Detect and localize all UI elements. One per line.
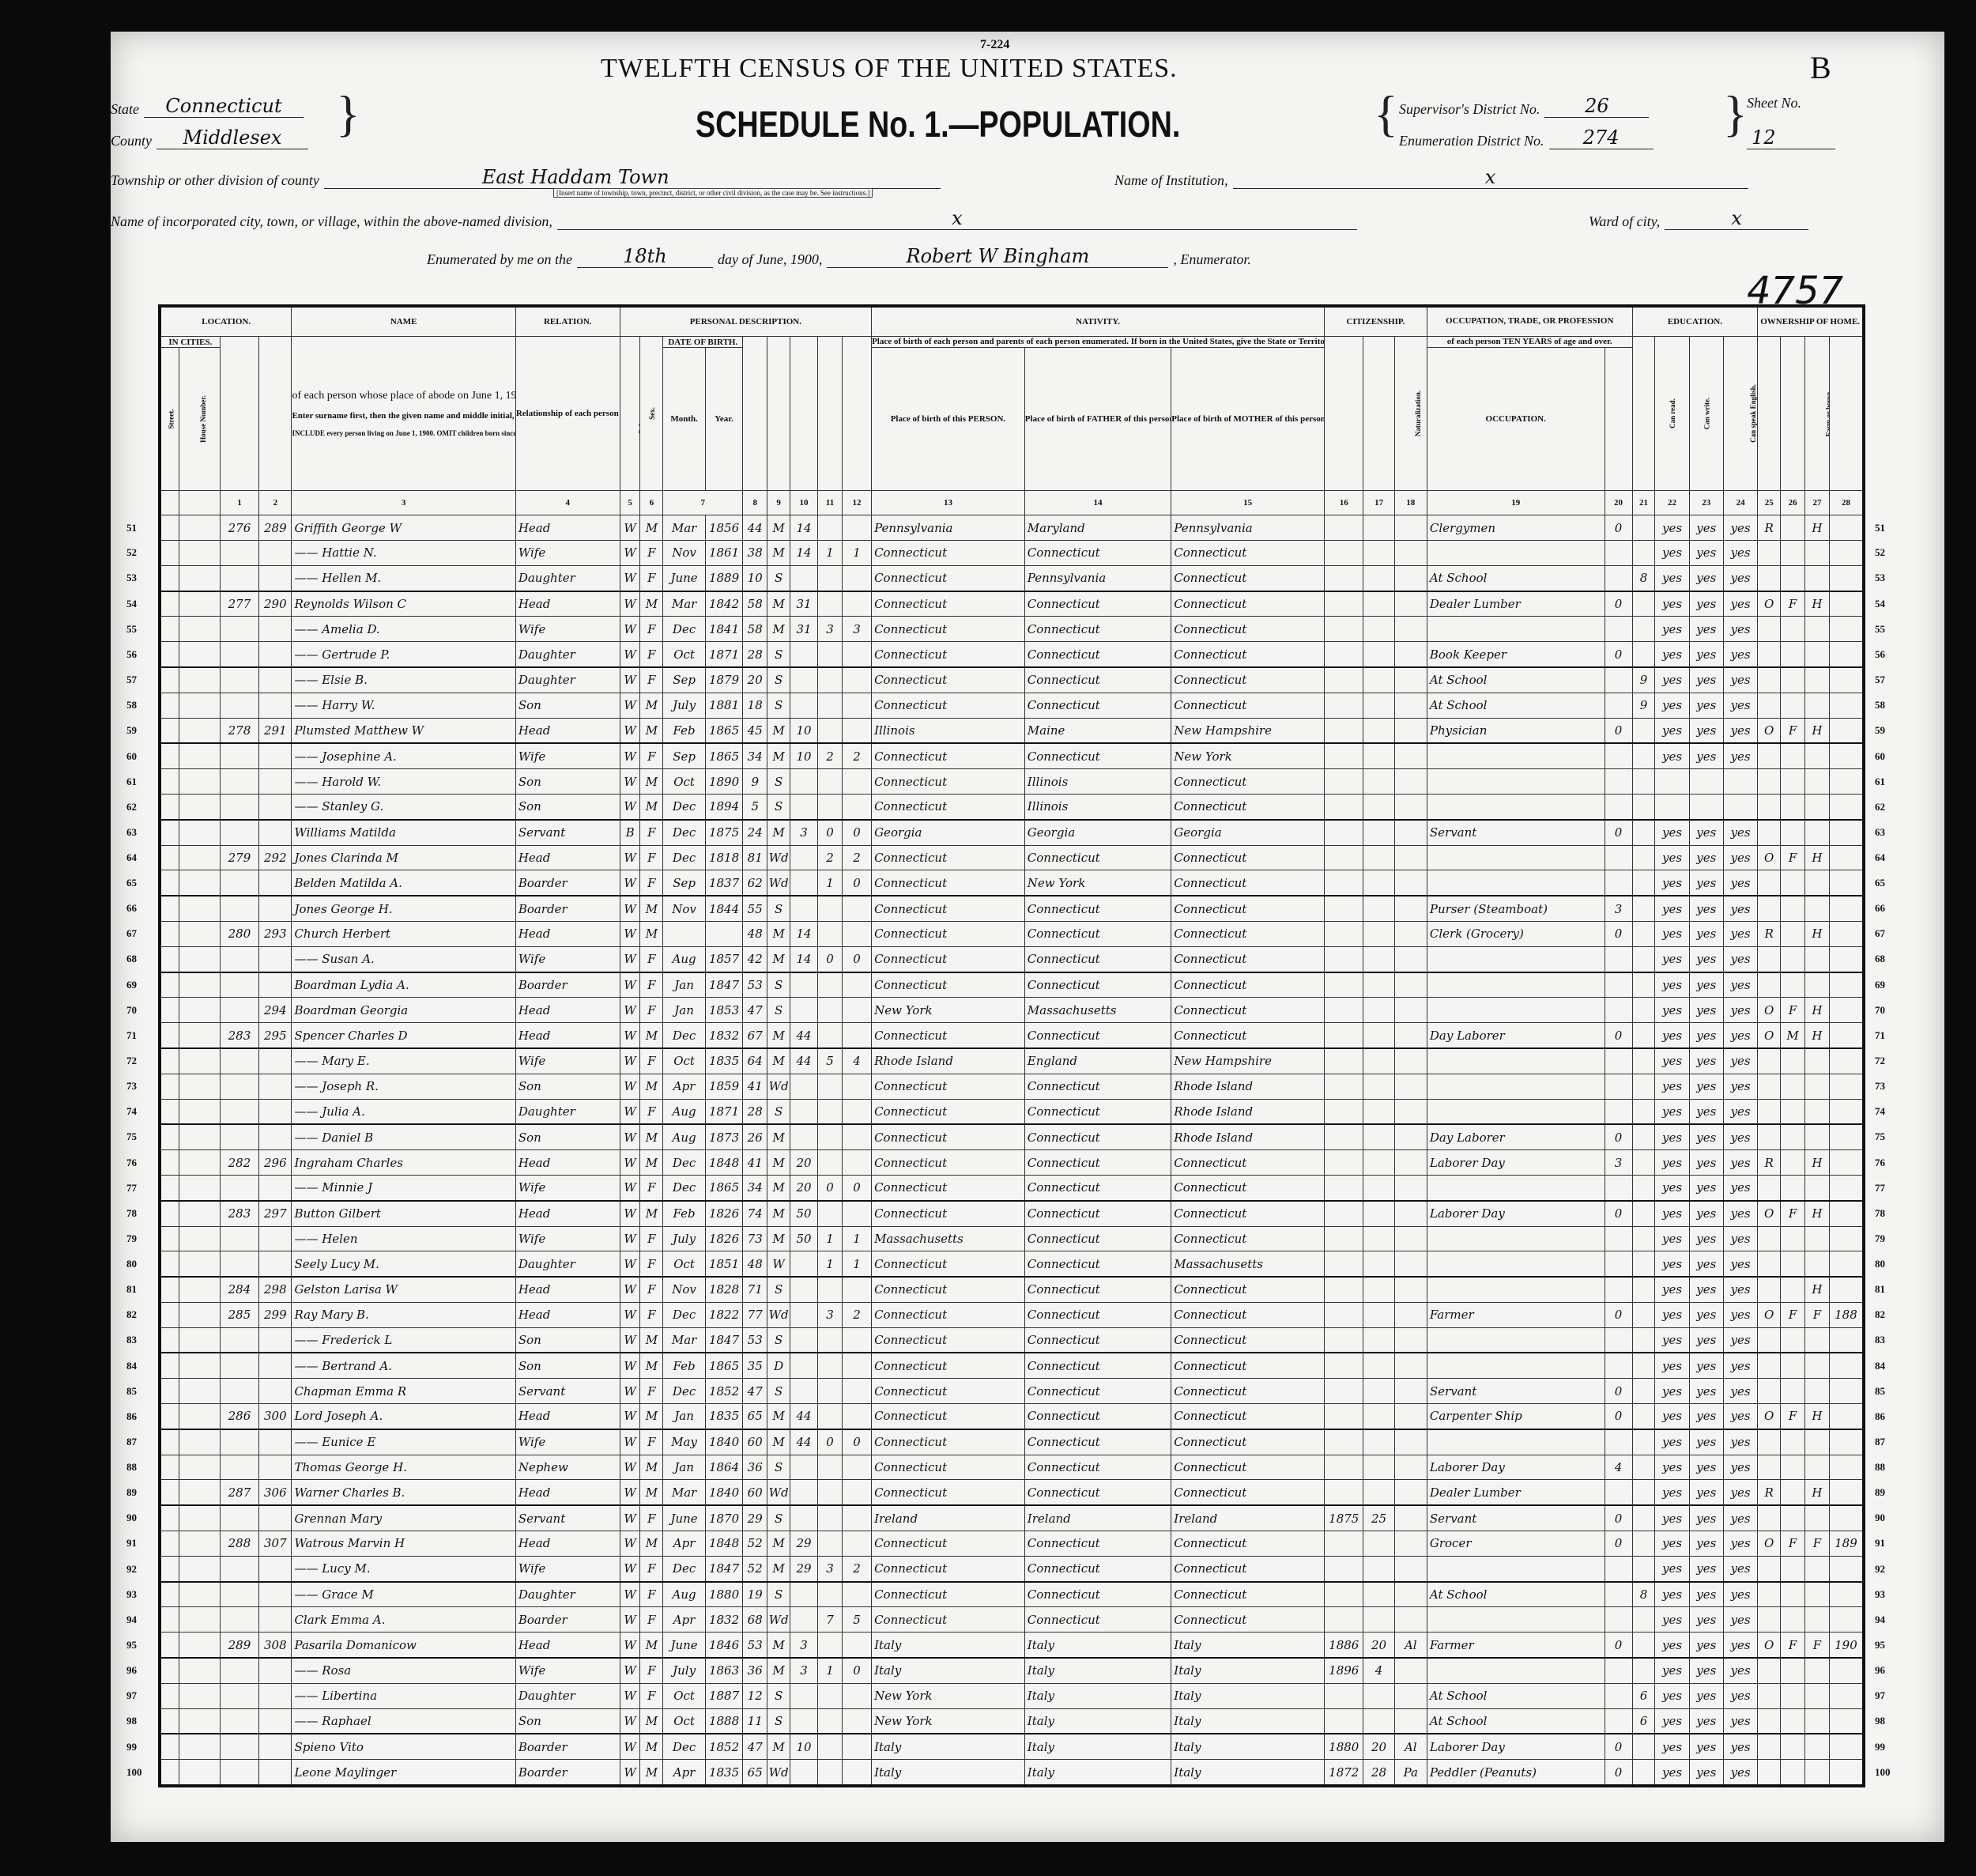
marital-status: S <box>767 1708 790 1734</box>
sex: M <box>640 794 663 819</box>
farm-house <box>1805 1379 1830 1404</box>
occupation <box>1427 617 1605 642</box>
naturalization <box>1394 998 1427 1023</box>
color: W <box>620 972 640 998</box>
attended-school <box>1632 1480 1655 1505</box>
group-personal: PERSONAL DESCRIPTION. <box>620 306 871 337</box>
person-name: Leone Maylinger <box>292 1760 515 1786</box>
marital-status: Wd <box>767 845 790 870</box>
marital-status: M <box>767 540 790 565</box>
street <box>160 845 179 870</box>
age: 28 <box>743 642 767 667</box>
birthplace-mother: Connecticut <box>1171 972 1325 998</box>
can-write: yes <box>1689 1353 1723 1378</box>
family-number <box>259 1683 292 1708</box>
person-name: Clark Emma A. <box>292 1607 515 1633</box>
color: W <box>620 1556 640 1581</box>
line-number: 93 <box>1875 1588 1885 1601</box>
sex: F <box>640 1556 663 1581</box>
sheet-letter: B <box>1810 49 1831 86</box>
col-years-married: Number of years married. <box>790 337 818 491</box>
can-speak-english: yes <box>1723 1429 1757 1455</box>
occupation: At School <box>1427 1683 1605 1708</box>
sex: F <box>640 1302 663 1327</box>
marital-status: Wd <box>767 870 790 896</box>
naturalization: Pa <box>1394 1760 1427 1786</box>
marital-status: S <box>767 1455 790 1480</box>
age: 28 <box>743 1099 767 1124</box>
can-write: yes <box>1689 1251 1723 1277</box>
line-number: 72 <box>1875 1055 1885 1067</box>
sex: F <box>640 820 663 845</box>
owned-free: F <box>1781 1404 1805 1429</box>
brace-left: } <box>336 89 360 139</box>
owned-rented <box>1758 1277 1781 1302</box>
family-number: 299 <box>259 1302 292 1327</box>
line-number: 78 <box>126 1207 137 1220</box>
immigration-year <box>1325 845 1363 870</box>
birth-year: 1865 <box>705 1175 742 1200</box>
birthplace-father: Connecticut <box>1024 1099 1171 1124</box>
line-number: 51 <box>1875 522 1885 534</box>
sex: F <box>640 540 663 565</box>
attended-school <box>1632 1023 1655 1048</box>
naturalization <box>1394 1023 1427 1048</box>
relation: Boarder <box>515 1760 620 1786</box>
birthplace-mother: Connecticut <box>1171 1404 1325 1429</box>
birthplace-mother: Connecticut <box>1171 693 1325 718</box>
birthplace-person: Connecticut <box>872 591 1025 617</box>
sex: F <box>640 1277 663 1302</box>
years-in-us <box>1363 1201 1394 1226</box>
farm-schedule <box>1829 1455 1864 1480</box>
city-field: Name of incorporated city, town, or vill… <box>111 207 1357 230</box>
birthplace-person: Connecticut <box>872 1327 1025 1353</box>
owned-rented <box>1758 1251 1781 1277</box>
birthplace-father: Connecticut <box>1024 540 1171 565</box>
attended-school <box>1632 794 1655 819</box>
street <box>160 1760 179 1786</box>
birthplace-person: Connecticut <box>872 1379 1025 1404</box>
years-married <box>790 794 818 819</box>
owned-free <box>1781 1760 1805 1786</box>
line-number: 51 <box>126 522 137 534</box>
street <box>160 1353 179 1378</box>
years-in-us <box>1363 946 1394 972</box>
birth-year: 1859 <box>705 1074 742 1099</box>
birthplace-person: Connecticut <box>872 870 1025 896</box>
line-number: 52 <box>126 546 137 559</box>
relation: Wife <box>515 1175 620 1200</box>
birth-month: Oct <box>663 769 706 795</box>
children-living <box>842 1683 871 1708</box>
attended-school <box>1632 1455 1655 1480</box>
line-number: 74 <box>1875 1105 1885 1118</box>
ward-value: x <box>1665 207 1808 230</box>
house-number <box>179 718 221 743</box>
person-name: Jones George H. <box>292 896 515 921</box>
enumerator-label: , Enumerator. <box>1173 251 1251 268</box>
birthplace-person: Connecticut <box>872 1429 1025 1455</box>
family-number <box>259 1379 292 1404</box>
owned-rented <box>1758 1607 1781 1633</box>
state-field: State Connecticut <box>111 95 304 118</box>
house-number <box>179 1607 221 1633</box>
family-number: 297 <box>259 1201 292 1226</box>
person-name: Ingraham Charles <box>292 1150 515 1176</box>
birthplace-father: Georgia <box>1024 820 1171 845</box>
col-family: Number of family, in the order of visita… <box>259 337 292 491</box>
years-married: 44 <box>790 1429 818 1455</box>
birth-year: 1864 <box>705 1455 742 1480</box>
birthplace-father: Connecticut <box>1024 1175 1171 1200</box>
birth-month: June <box>663 1505 706 1531</box>
column-number: 14 <box>1024 491 1171 515</box>
street <box>160 972 179 998</box>
months-unemployed <box>1605 1251 1632 1277</box>
birth-month: Jan <box>663 972 706 998</box>
column-number: 7 <box>663 491 743 515</box>
owned-free: F <box>1781 845 1805 870</box>
months-unemployed <box>1605 1683 1632 1708</box>
family-number <box>259 820 292 845</box>
marital-status: M <box>767 1429 790 1455</box>
farm-schedule <box>1829 693 1864 718</box>
street <box>160 1327 179 1353</box>
birth-month: June <box>663 565 706 591</box>
birthplace-person: Connecticut <box>872 540 1025 565</box>
age: 68 <box>743 1607 767 1633</box>
birthplace-father: Connecticut <box>1024 1201 1171 1226</box>
owned-rented: O <box>1758 1201 1781 1226</box>
years-in-us <box>1363 820 1394 845</box>
sex: F <box>640 972 663 998</box>
immigration-year <box>1325 1455 1363 1480</box>
dwelling-number: 288 <box>220 1531 258 1557</box>
immigration-year <box>1325 1327 1363 1353</box>
birthplace-person: Connecticut <box>872 1124 1025 1149</box>
can-speak-english: yes <box>1723 998 1757 1023</box>
occupation <box>1427 1251 1605 1277</box>
attended-school <box>1632 1150 1655 1176</box>
months-unemployed <box>1605 540 1632 565</box>
farm-house <box>1805 1353 1830 1378</box>
years-married: 14 <box>790 515 818 541</box>
can-write: yes <box>1689 1556 1723 1581</box>
dwelling-number <box>220 794 258 819</box>
birth-month: Dec <box>663 617 706 642</box>
owned-rented: O <box>1758 718 1781 743</box>
immigration-year <box>1325 1251 1363 1277</box>
person-name: —— Julia A. <box>292 1099 515 1124</box>
can-read: yes <box>1655 1201 1689 1226</box>
birth-year: 1851 <box>705 1251 742 1277</box>
dwelling-number <box>220 1379 258 1404</box>
can-write: yes <box>1689 693 1723 718</box>
table-row: —— Joseph R.SonWMApr185941WdConnecticutC… <box>160 1074 1864 1099</box>
mother-of <box>818 1277 843 1302</box>
house-number <box>179 794 221 819</box>
immigration-year <box>1325 1582 1363 1607</box>
family-number <box>259 1353 292 1378</box>
immigration-year <box>1325 565 1363 591</box>
owned-free <box>1781 1048 1805 1074</box>
naturalization <box>1394 1150 1427 1176</box>
can-write: yes <box>1689 1074 1723 1099</box>
color: W <box>620 1505 640 1531</box>
column-number: 19 <box>1427 491 1605 515</box>
birthplace-mother: Connecticut <box>1171 1226 1325 1251</box>
street <box>160 1302 179 1327</box>
street <box>160 896 179 921</box>
enumeration-district-label: Enumeration District No. <box>1399 133 1544 149</box>
birthplace-mother: Pennsylvania <box>1171 515 1325 541</box>
relation: Wife <box>515 946 620 972</box>
farm-schedule <box>1829 1353 1864 1378</box>
naturalization <box>1394 1480 1427 1505</box>
naturalization: Al <box>1394 1633 1427 1658</box>
birthplace-mother: Connecticut <box>1171 1480 1325 1505</box>
dwelling-number <box>220 743 258 768</box>
months-unemployed <box>1605 743 1632 768</box>
person-name: Belden Matilda A. <box>292 870 515 896</box>
family-number <box>259 1074 292 1099</box>
can-read: yes <box>1655 693 1689 718</box>
birthplace-person: Connecticut <box>872 1150 1025 1176</box>
birthplace-father: Connecticut <box>1024 921 1171 946</box>
birthplace-father: Massachusetts <box>1024 998 1171 1023</box>
owned-free <box>1781 642 1805 667</box>
can-write: yes <box>1689 1226 1723 1251</box>
naturalization <box>1394 845 1427 870</box>
color: W <box>620 1327 640 1353</box>
years-married: 44 <box>790 1023 818 1048</box>
can-write: yes <box>1689 870 1723 896</box>
sex: M <box>640 1150 663 1176</box>
house-number <box>179 820 221 845</box>
attended-school <box>1632 769 1655 795</box>
can-read: yes <box>1655 1582 1689 1607</box>
line-number: 58 <box>126 699 137 712</box>
col-occupation: OCCUPATION. <box>1427 348 1605 491</box>
can-speak-english: yes <box>1723 1379 1757 1404</box>
years-in-us <box>1363 1379 1394 1404</box>
birth-month: Apr <box>663 1531 706 1557</box>
can-read: yes <box>1655 1633 1689 1658</box>
owned-free <box>1781 743 1805 768</box>
owned-rented <box>1758 870 1781 896</box>
age: 53 <box>743 972 767 998</box>
family-number <box>259 1099 292 1124</box>
relation: Head <box>515 1302 620 1327</box>
owned-rented <box>1758 1505 1781 1531</box>
attended-school: 9 <box>1632 693 1655 718</box>
line-number: 83 <box>1875 1334 1885 1346</box>
can-speak-english <box>1723 769 1757 795</box>
owned-free <box>1781 820 1805 845</box>
marital-status: S <box>767 1327 790 1353</box>
table-row: 286300Lord Joseph A.HeadWMJan183565M44Co… <box>160 1404 1864 1429</box>
relation: Daughter <box>515 1683 620 1708</box>
mother-of <box>818 1505 843 1531</box>
farm-schedule <box>1829 1556 1864 1581</box>
birthplace-father: Connecticut <box>1024 1251 1171 1277</box>
color: B <box>620 820 640 845</box>
farm-house <box>1805 896 1830 921</box>
age: 20 <box>743 667 767 693</box>
age: 11 <box>743 1708 767 1734</box>
occupation: Day Laborer <box>1427 1023 1605 1048</box>
years-in-us <box>1363 1556 1394 1581</box>
months-unemployed <box>1605 693 1632 718</box>
street <box>160 1480 179 1505</box>
sex: F <box>640 1505 663 1531</box>
col-color: Color or race. <box>620 337 640 491</box>
table-row: —— LibertinaDaughterWFOct188712SNew York… <box>160 1683 1864 1708</box>
sex: M <box>640 1734 663 1759</box>
table-row: Jones George H.BoarderWMNov184455SConnec… <box>160 896 1864 921</box>
color: W <box>620 921 640 946</box>
age: 5 <box>743 794 767 819</box>
street <box>160 1048 179 1074</box>
street <box>160 921 179 946</box>
attended-school: 6 <box>1632 1683 1655 1708</box>
table-row: —— Mary E.WifeWFOct183564M4454Rhode Isla… <box>160 1048 1864 1074</box>
birth-month: Oct <box>663 1708 706 1734</box>
naturalization <box>1394 1607 1427 1633</box>
person-name: —— Elsie B. <box>292 667 515 693</box>
can-read: yes <box>1655 1379 1689 1404</box>
person-name: Jones Clarinda M <box>292 845 515 870</box>
sex: M <box>640 896 663 921</box>
farm-schedule <box>1829 667 1864 693</box>
column-number: 4 <box>515 491 620 515</box>
farm-house <box>1805 693 1830 718</box>
farm-house <box>1805 1708 1830 1734</box>
owned-free <box>1781 1099 1805 1124</box>
birthplace-person: New York <box>872 998 1025 1023</box>
line-number: 62 <box>1875 801 1885 813</box>
occupation: Clergymen <box>1427 515 1605 541</box>
years-in-us <box>1363 642 1394 667</box>
line-number: 61 <box>126 776 137 788</box>
occupation <box>1427 1074 1605 1099</box>
table-row: —— Elsie B.DaughterWFSep187920SConnectic… <box>160 667 1864 693</box>
color: W <box>620 591 640 617</box>
color: W <box>620 1607 640 1633</box>
can-speak-english: yes <box>1723 565 1757 591</box>
years-married: 10 <box>790 1734 818 1759</box>
can-speak-english: yes <box>1723 1226 1757 1251</box>
children-living <box>842 1023 871 1048</box>
line-number: 87 <box>1875 1436 1885 1448</box>
street <box>160 1582 179 1607</box>
marital-status: M <box>767 617 790 642</box>
person-name: —— Amelia D. <box>292 617 515 642</box>
years-married: 29 <box>790 1531 818 1557</box>
attended-school <box>1632 1505 1655 1531</box>
relation: Head <box>515 1201 620 1226</box>
color: W <box>620 1455 640 1480</box>
can-read: yes <box>1655 617 1689 642</box>
birth-month: May <box>663 1429 706 1455</box>
birthplace-father: Connecticut <box>1024 1023 1171 1048</box>
owned-rented: O <box>1758 1404 1781 1429</box>
dwelling-number <box>220 565 258 591</box>
birth-month: Aug <box>663 1582 706 1607</box>
birth-month: Dec <box>663 1379 706 1404</box>
line-number: 56 <box>1875 648 1885 661</box>
person-name: —— Joseph R. <box>292 1074 515 1099</box>
months-unemployed <box>1605 1099 1632 1124</box>
owned-free <box>1781 769 1805 795</box>
mother-of <box>818 1480 843 1505</box>
marital-status: M <box>767 1633 790 1658</box>
can-read: yes <box>1655 1099 1689 1124</box>
immigration-year <box>1325 1480 1363 1505</box>
relation: Daughter <box>515 1099 620 1124</box>
birthplace-father: Connecticut <box>1024 946 1171 972</box>
birthplace-mother: Connecticut <box>1171 1379 1325 1404</box>
naturalization <box>1394 1379 1427 1404</box>
family-number: 292 <box>259 845 292 870</box>
mother-of <box>818 921 843 946</box>
attended-school <box>1632 743 1655 768</box>
marital-status: D <box>767 1353 790 1378</box>
col-months-unemployed: Months not employed. <box>1605 348 1632 491</box>
age: 19 <box>743 1582 767 1607</box>
age: 65 <box>743 1760 767 1786</box>
birthplace-person: Connecticut <box>872 1099 1025 1124</box>
table-row: 280293Church HerbertHeadWM48M14Connectic… <box>160 921 1864 946</box>
house-number <box>179 896 221 921</box>
col-year: Year. <box>705 348 742 491</box>
months-unemployed <box>1605 972 1632 998</box>
line-number: 94 <box>1875 1614 1885 1626</box>
sheet-no-label-field: Sheet No. <box>1747 95 1801 111</box>
line-number: 92 <box>126 1563 137 1576</box>
line-number: 60 <box>1875 750 1885 763</box>
line-number: 65 <box>1875 877 1885 889</box>
relation: Wife <box>515 540 620 565</box>
person-name: Boardman Lydia A. <box>292 972 515 998</box>
birthplace-mother: Connecticut <box>1171 1302 1325 1327</box>
birthplace-father: Connecticut <box>1024 972 1171 998</box>
can-write: yes <box>1689 845 1723 870</box>
dwelling-number <box>220 1124 258 1149</box>
sex: M <box>640 1023 663 1048</box>
attended-school: 6 <box>1632 1708 1655 1734</box>
enumerated-prefix: Enumerated by me on the <box>427 251 572 268</box>
can-write: yes <box>1689 1023 1723 1048</box>
col-age: Age at last birthday. <box>743 337 767 491</box>
table-row: —— Harry W.SonWMJuly188118SConnecticutCo… <box>160 693 1864 718</box>
person-name: —— Helen <box>292 1226 515 1251</box>
table-row: —— RaphaelSonWMOct188811SNew YorkItalyIt… <box>160 1708 1864 1734</box>
person-name: —— Raphael <box>292 1708 515 1734</box>
person-name: Button Gilbert <box>292 1201 515 1226</box>
owned-rented: R <box>1758 921 1781 946</box>
table-row: 277290Reynolds Wilson CHeadWMMar184258M3… <box>160 591 1864 617</box>
immigration-year <box>1325 1302 1363 1327</box>
years-in-us: 20 <box>1363 1734 1394 1759</box>
line-number: 66 <box>126 902 137 915</box>
age: 29 <box>743 1505 767 1531</box>
can-speak-english: yes <box>1723 896 1757 921</box>
family-number <box>259 693 292 718</box>
farm-house: H <box>1805 1150 1830 1176</box>
sex: M <box>640 769 663 795</box>
